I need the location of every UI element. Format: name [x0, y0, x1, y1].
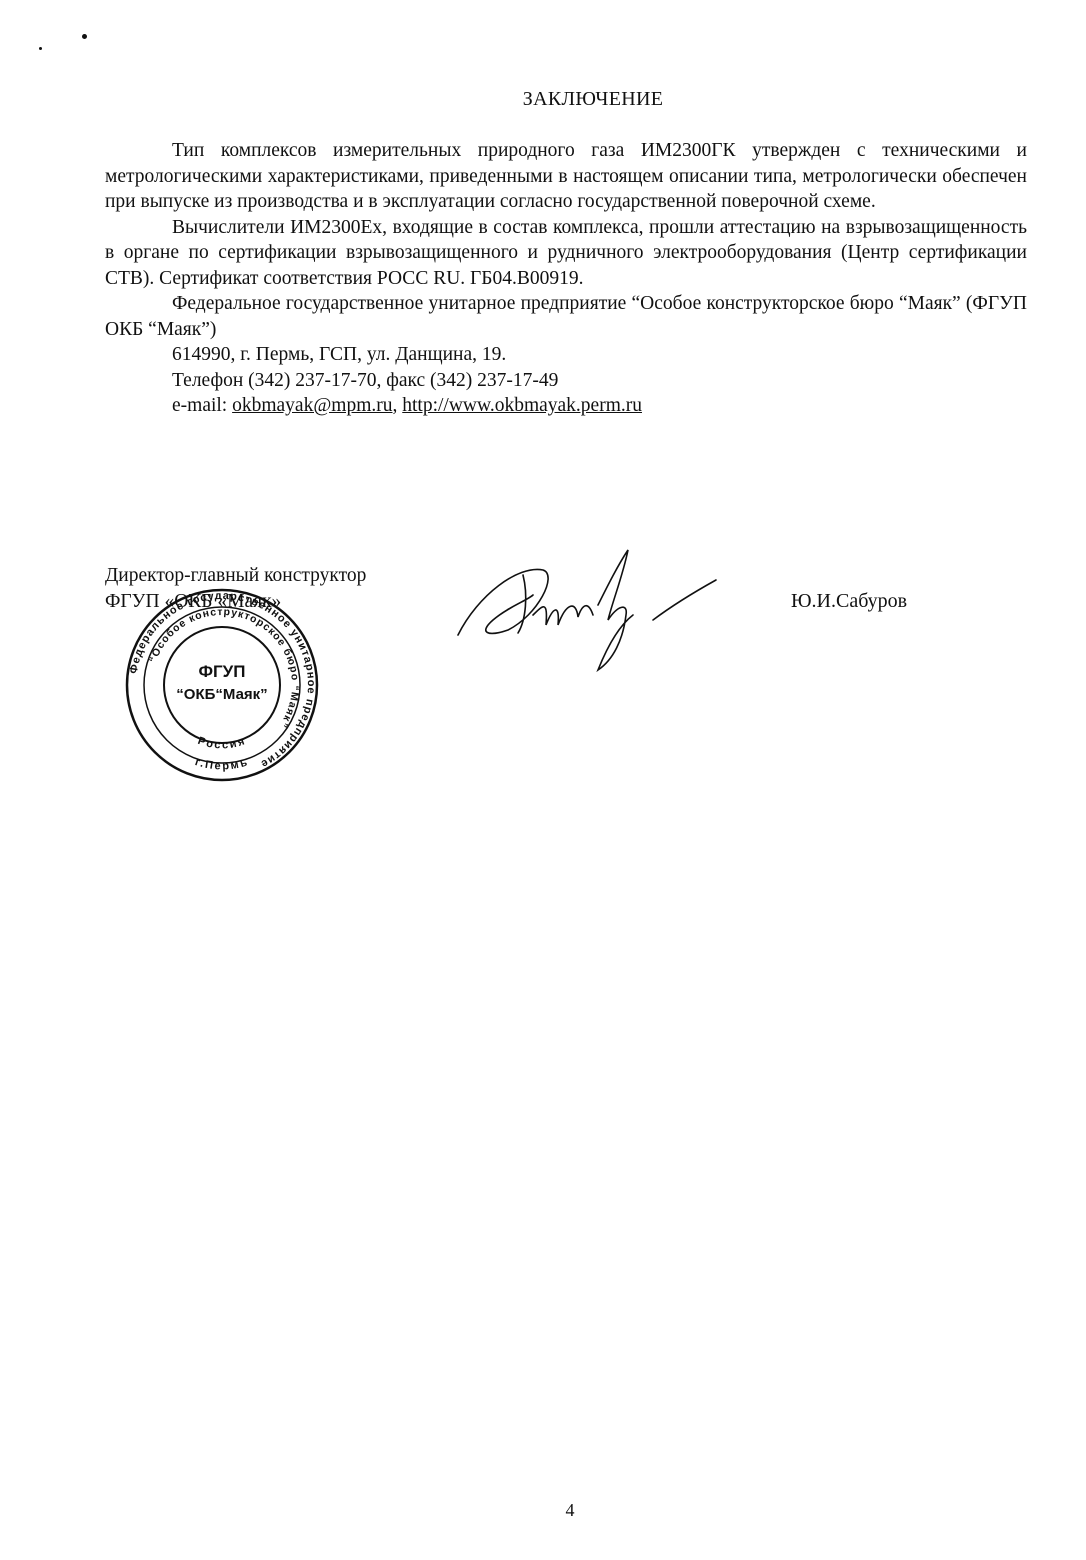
handwritten-signature [448, 545, 728, 680]
stamp-center-line-1: ФГУП [199, 662, 246, 681]
scan-speck [39, 47, 42, 50]
contact-line: e-mail: okbmayak@mpm.ru, http://www.okbm… [105, 393, 1027, 419]
signatory-name: Ю.И.Сабуров [791, 590, 907, 613]
email-label: e-mail: [172, 395, 232, 416]
paragraph-type-approval: Тип комплексов измерительных природного … [105, 138, 1027, 215]
official-stamp: Федеральное государственное унитарное пр… [122, 585, 322, 790]
paragraph-certification: Вычислители ИМ2300Ех, входящие в состав … [105, 215, 1027, 292]
svg-text:Россия: Россия [196, 735, 248, 752]
page-number: 4 [0, 1500, 1086, 1521]
email-link[interactable]: okbmayak@mpm.ru [232, 395, 392, 416]
scan-speck [82, 34, 87, 39]
stamp-country: Россия [196, 735, 248, 752]
paragraph-manufacturer: Федеральное государственное унитарное пр… [105, 291, 1027, 342]
stamp-city: г.Пермь [193, 756, 250, 773]
document-title: ЗАКЛЮЧЕНИЕ [0, 88, 1086, 111]
svg-text:г.Пермь: г.Пермь [193, 756, 250, 773]
document-body: Тип комплексов измерительных природного … [105, 138, 1027, 419]
stamp-center-line-2: “ОКБ“Маяк” [176, 686, 267, 703]
website-link[interactable]: http://www.okbmayak.perm.ru [402, 395, 642, 416]
address-line: 614990, г. Пермь, ГСП, ул. Данщина, 19. [105, 342, 1027, 368]
contact-separator: , [393, 395, 403, 416]
phone-line: Телефон (342) 237-17-70, факс (342) 237-… [105, 368, 1027, 394]
